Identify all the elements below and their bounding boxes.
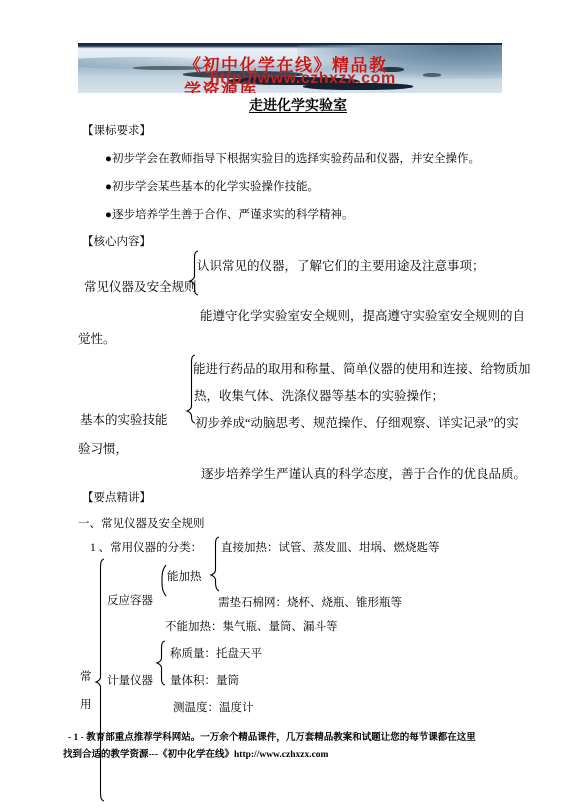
heading-kebiao: 【课标要求】 [82, 122, 151, 138]
heading-yaodian: 【要点精讲】 [82, 489, 151, 505]
kebiao-bullet: ●初步学会某些基本的化学实验操作技能。 [105, 178, 319, 194]
outline-fanying: 反应容器 [107, 592, 153, 608]
hexin-item: 热，收集气体、洗涤仪器等基本的实验操作； [194, 386, 444, 404]
hexin-group2-label: 基本的实验技能 [80, 410, 168, 428]
outline-nengjiare: 能加热 [167, 568, 202, 584]
hexin-item: 逐步培养学生严谨认真的科学态度，善于合作的优良品质。 [201, 464, 526, 482]
kebiao-bullet: ●逐步培养学生善于合作、严谨求实的科学精神。 [105, 206, 353, 222]
hexin-item: 初步养成“动脑思考、规范操作、仔细观察、详实记录”的实 [195, 413, 519, 431]
hexin-item-wrap: 验习惯， [78, 439, 128, 457]
outline-xudian: 需垫石棉网：烧杯、烧瓶、锥形瓶等 [218, 594, 402, 610]
outline-chang: 常 [80, 668, 92, 684]
outline-jiliang: 计量仪器 [107, 672, 153, 688]
banner-image: 《初中化学在线》精品教学资源库 http://www.czhxzx.com [78, 43, 502, 93]
outline-buneng: 不能加热：集气瓶、量筒、漏斗等 [165, 618, 338, 634]
brace-measure [156, 640, 166, 686]
yaodian-sub1: 一、常见仪器及安全规则 [78, 515, 205, 531]
hexin-item: 能进行药品的取用和称量、简单仪器的使用和连接、给物质加 [193, 359, 531, 377]
brace-group1 [189, 250, 199, 296]
yaodian-item1: 1 、常用仪器的分类： [90, 539, 202, 555]
outline-cewendu: 测温度：温度计 [173, 699, 254, 715]
hexin-item: 能遵守化学实验室安全规则，提高遵守实验室安全规则的自 [200, 306, 525, 324]
footer-line1: - 1 - 教育部重点推荐学科网站。一万余个精品课件，几万套精品教案和试题让您的… [68, 729, 476, 743]
footer-line2: 找到合适的教学资源---《初中化学在线》http://www.czhxzx.co… [63, 746, 328, 760]
hexin-item: 认识常见的仪器，了解它们的主要用途及注意事项； [197, 256, 485, 274]
brace-heat-direct [210, 536, 220, 592]
banner-site-url: http://www.czhxzx.com [210, 70, 396, 88]
hexin-group1-label: 常见仪器及安全规则 [84, 277, 197, 295]
outline-liangtiji: 量体积：量筒 [170, 672, 239, 688]
heading-hexin: 【核心内容】 [82, 233, 151, 249]
doc-title: 走进化学实验室 [78, 95, 518, 115]
outline-yong: 用 [80, 696, 92, 712]
document-page: { "banner": { "title": "《初中化学在线》精品教学资源库"… [0, 0, 573, 810]
brace-common-use [95, 558, 106, 802]
outline-chengzhiliang: 称质量：托盘天平 [170, 645, 262, 661]
kebiao-bullet: ●初步学会在教师指导下根据实验目的选择实验药品和仪器，并安全操作。 [105, 150, 480, 166]
outline-zhijie: 直接加热：试管、蒸发皿、坩埚、燃烧匙等 [221, 539, 440, 555]
hexin-item-wrap: 觉性。 [78, 329, 116, 347]
boat-silhouette [423, 73, 441, 77]
